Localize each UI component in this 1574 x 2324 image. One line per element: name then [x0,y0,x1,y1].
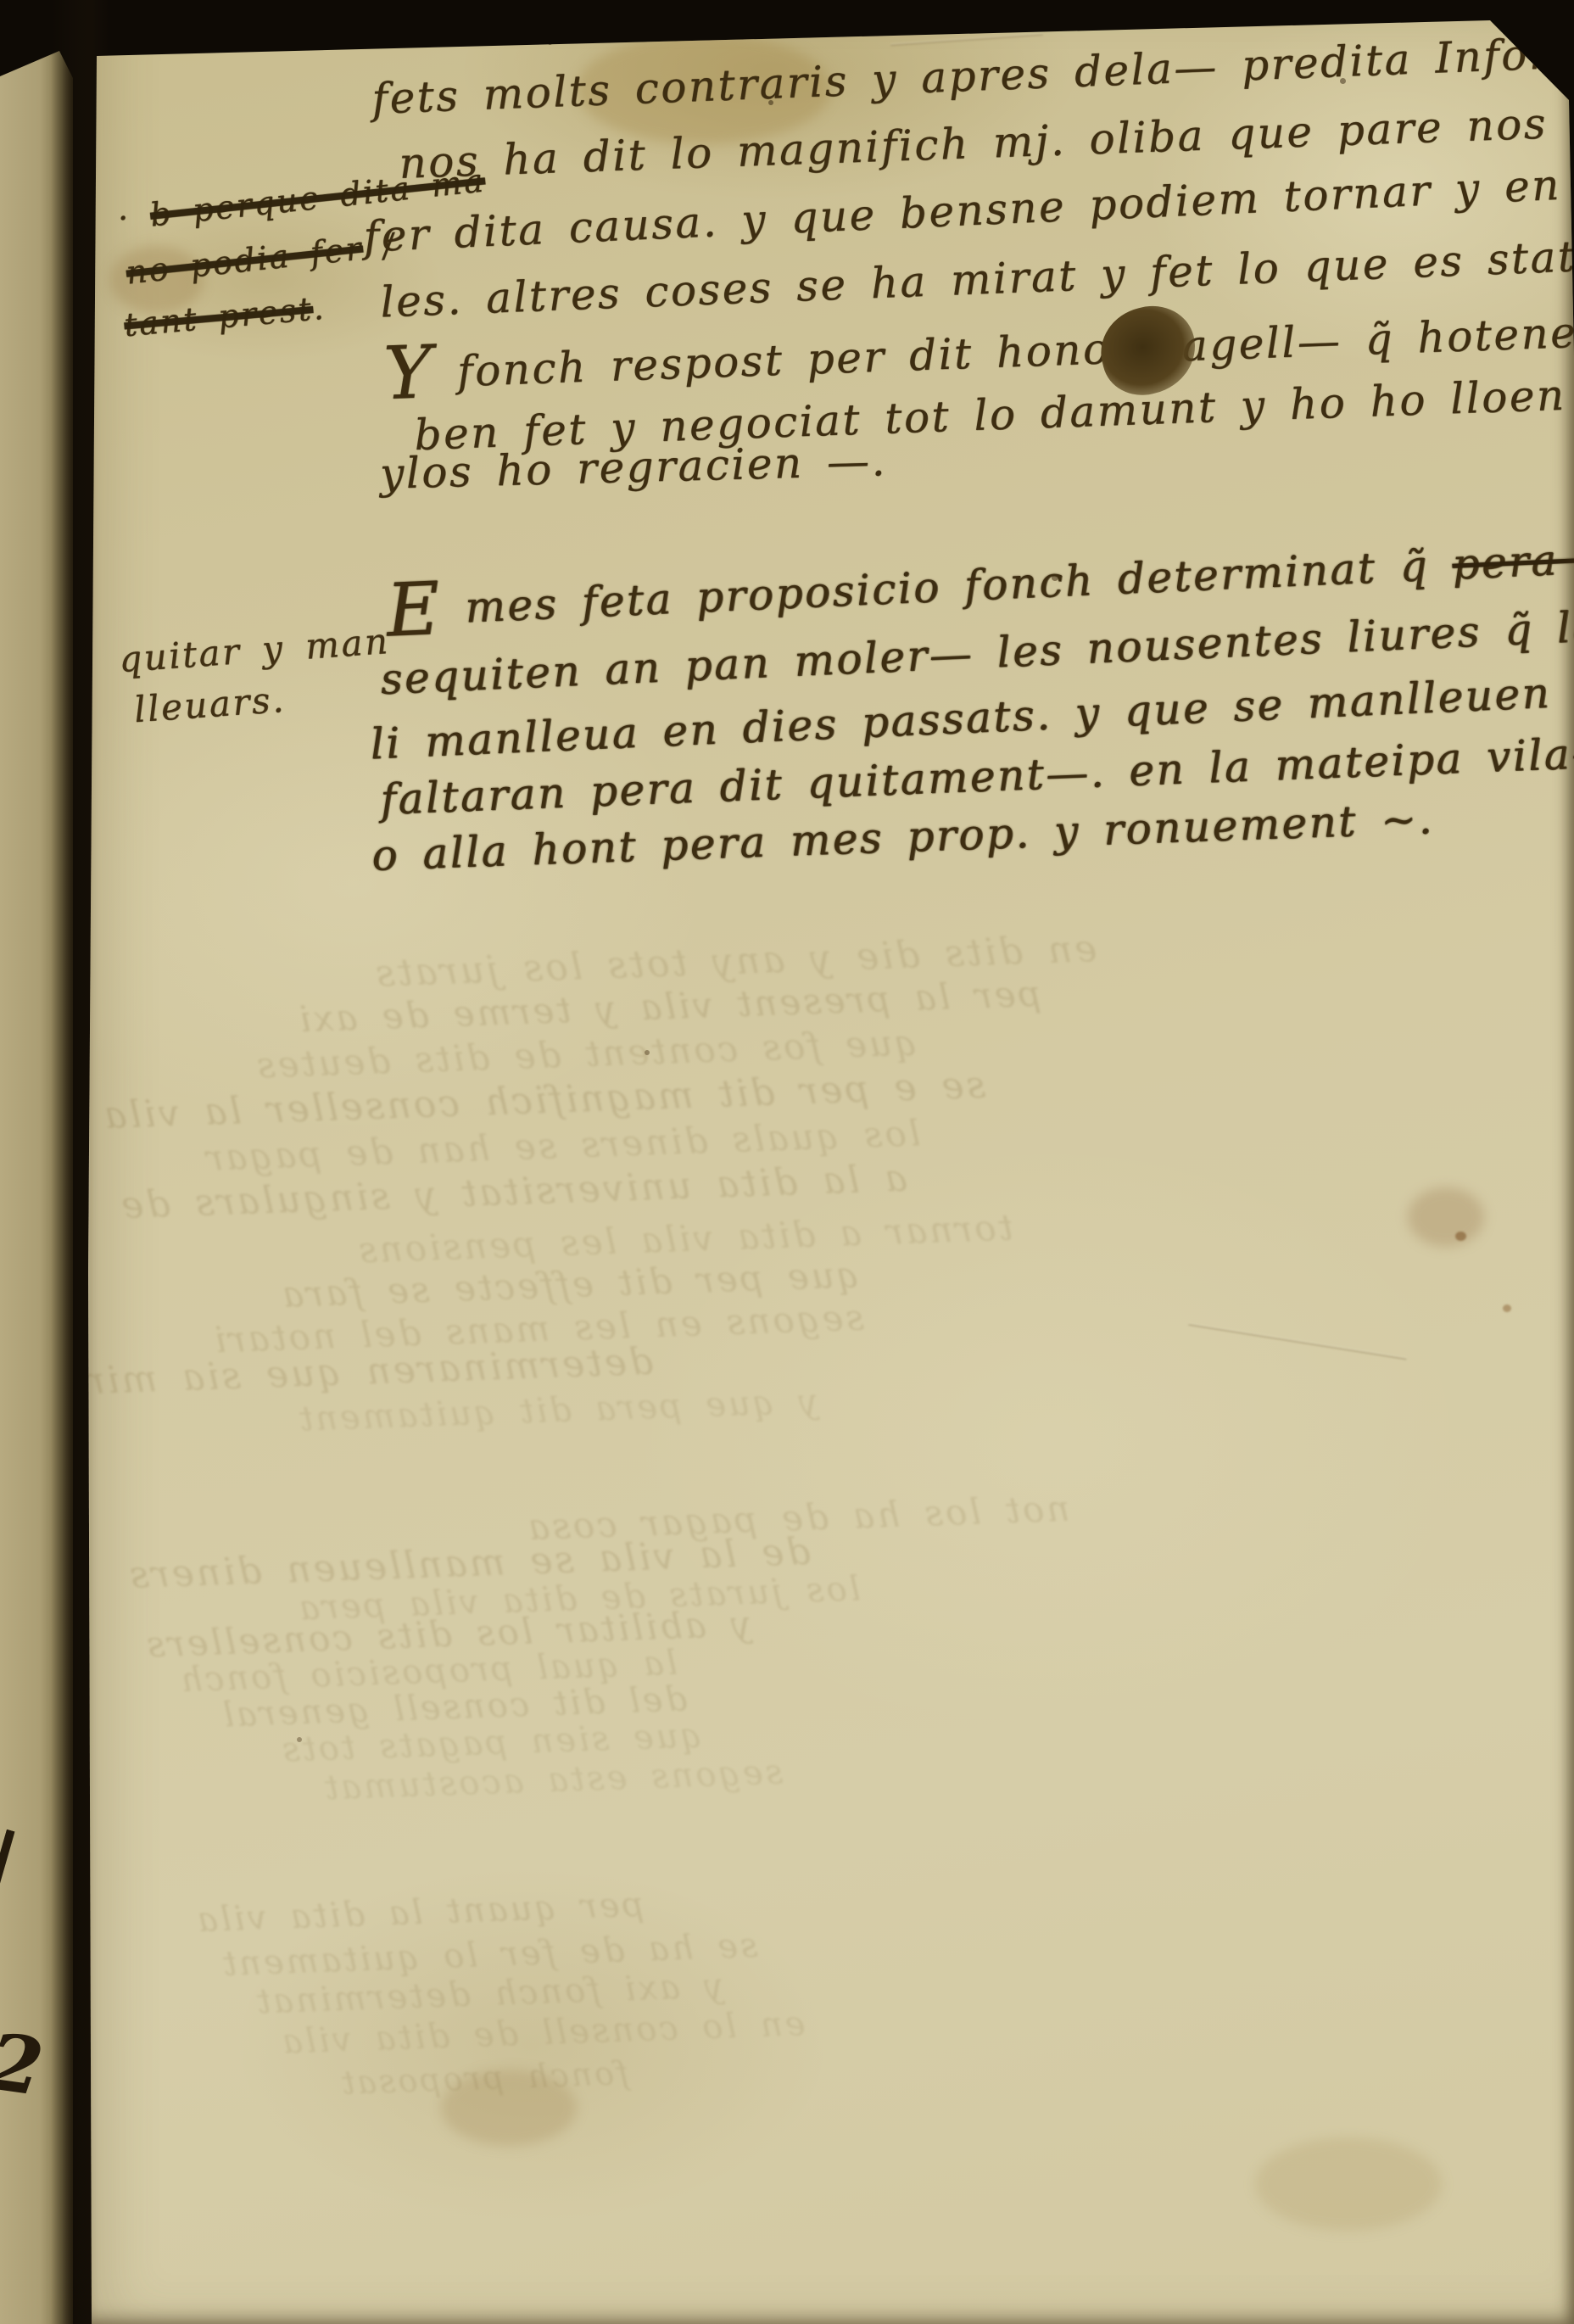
margin-note-line: no podia fer / [125,228,398,288]
initial-letter: Y [382,330,436,416]
initial-letter: E [385,567,444,654]
crease [1188,1323,1406,1360]
margin-post: / [361,226,398,266]
stain [1408,1187,1484,1247]
body-line: ylos ho regracien —. [379,439,887,495]
manuscript-page: en dits die y any tots los jurats per la… [85,0,1574,2324]
stain [1255,2137,1442,2231]
margin-note-line: lleuars. [133,682,287,728]
speck [1503,1304,1511,1312]
crease [890,33,1043,47]
margin-text: quitar y man [118,620,391,680]
struck-text: no podia fer [125,229,366,291]
speck [1455,1232,1466,1241]
speck [547,39,553,45]
folio-number: 72 [1568,19,1574,60]
margin-post: . [311,289,327,327]
margin-text: lleuars. [132,679,287,730]
manuscript-photo: 2 en dits die y any tots los jurats per … [0,0,1574,2324]
margin-pre: · [116,197,153,237]
struck-text: pera quitar [1451,528,1574,589]
margin-note-line: quitar y man [118,623,391,678]
ghost-line: fonch proposat [338,2054,629,2102]
